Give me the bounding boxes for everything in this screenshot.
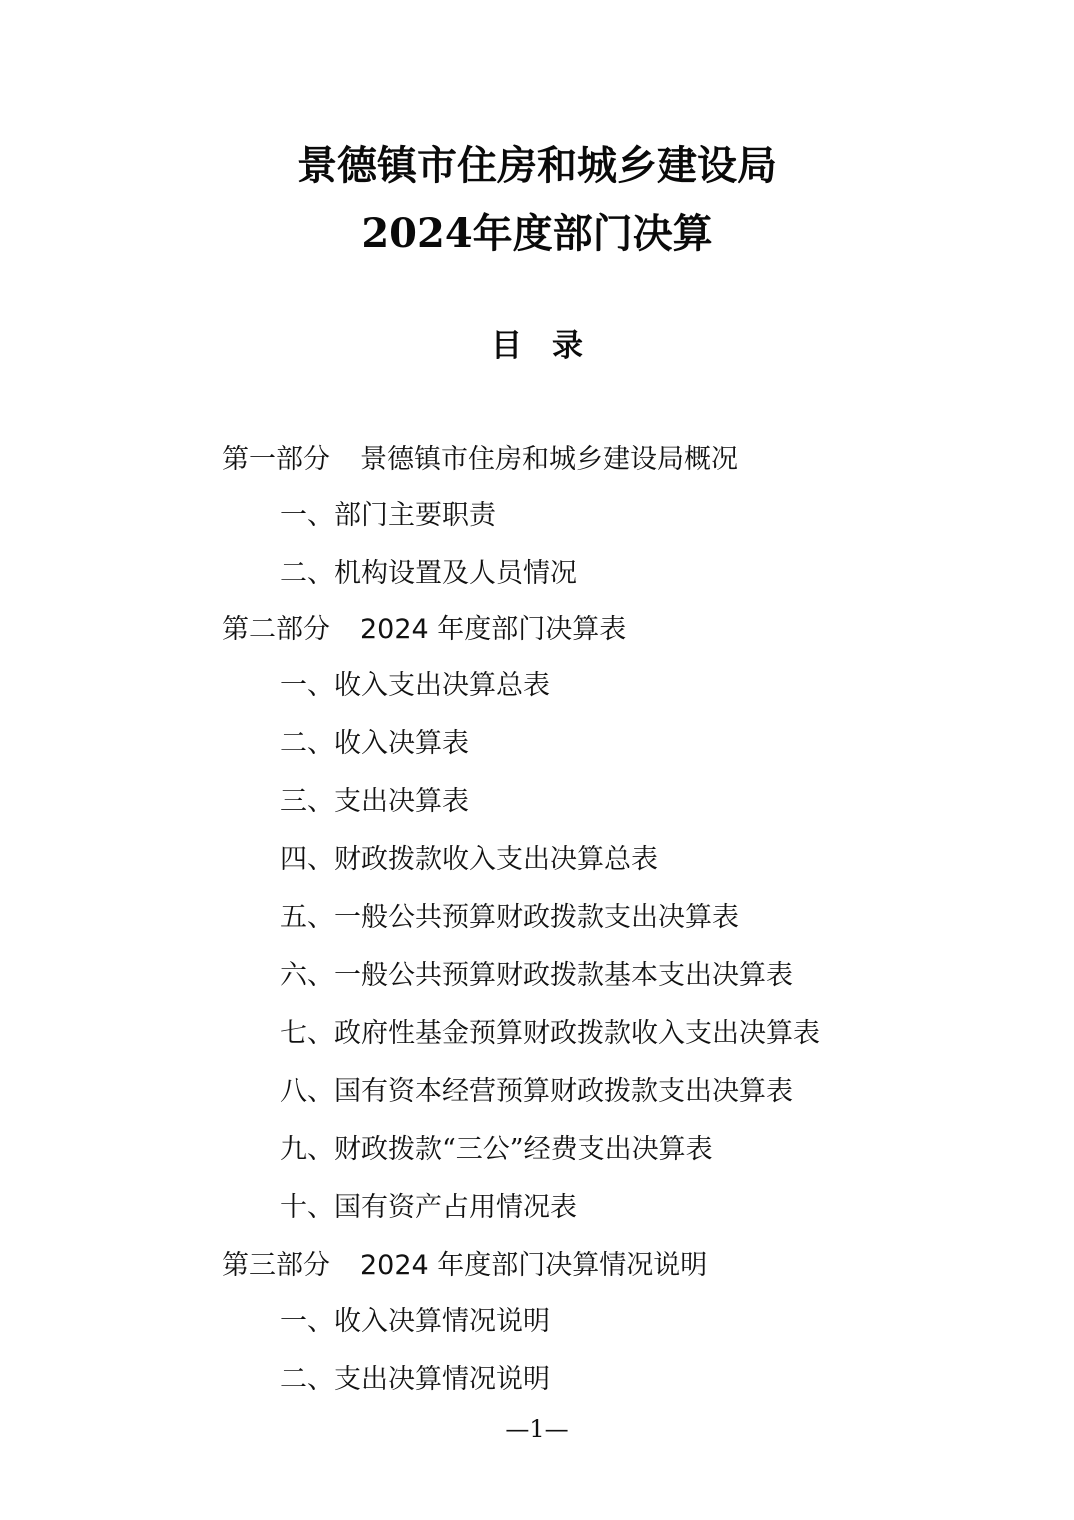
toc-item[interactable]: 三、支出决算表 — [280, 784, 469, 820]
toc-item[interactable]: 二、收入决算表 — [280, 726, 469, 762]
toc-item[interactable]: 十、国有资产占用情况表 — [280, 1190, 577, 1226]
toc-item[interactable]: 一、部门主要职责 — [280, 498, 496, 534]
page-number: —1— — [0, 1414, 1074, 1444]
toc-part-label: 第一部分 — [222, 444, 330, 475]
toc-item[interactable]: 九、财政拨款“三公”经费支出决算表 — [280, 1132, 713, 1168]
toc-part-label: 第三部分 — [222, 1250, 330, 1281]
toc-heading-char-2: 录 — [552, 326, 583, 366]
toc-part-label: 第二部分 — [222, 614, 330, 645]
toc-item[interactable]: 八、国有资本经营预算财政拨款支出决算表 — [280, 1074, 793, 1110]
toc-item[interactable]: 一、收入决算情况说明 — [280, 1304, 550, 1340]
document-title-organization: 景德镇市住房和城乡建设局 — [0, 142, 1074, 190]
toc-heading-char-1: 目 — [491, 326, 522, 366]
toc-part-3[interactable]: 第三部分2024 年度部门决算情况说明 — [222, 1248, 707, 1284]
toc-part-title: 2024 年度部门决算情况说明 — [360, 1250, 707, 1281]
toc-part-2[interactable]: 第二部分2024 年度部门决算表 — [222, 612, 626, 648]
document-page: 景德镇市住房和城乡建设局 2024年度部门决算 目录 第一部分景德镇市住房和城乡… — [0, 0, 1074, 1520]
toc-part-title: 景德镇市住房和城乡建设局概况 — [360, 444, 738, 475]
document-title-subject: 2024年度部门决算 — [0, 210, 1074, 258]
toc-item[interactable]: 二、支出决算情况说明 — [280, 1362, 550, 1398]
toc-part-1[interactable]: 第一部分景德镇市住房和城乡建设局概况 — [222, 442, 738, 478]
toc-heading: 目录 — [0, 326, 1074, 366]
toc-item[interactable]: 五、一般公共预算财政拨款支出决算表 — [280, 900, 739, 936]
toc-item[interactable]: 七、政府性基金预算财政拨款收入支出决算表 — [280, 1016, 820, 1052]
toc-item[interactable]: 四、财政拨款收入支出决算总表 — [280, 842, 658, 878]
toc-item[interactable]: 一、收入支出决算总表 — [280, 668, 550, 704]
toc-part-title: 2024 年度部门决算表 — [360, 614, 626, 645]
toc-item[interactable]: 二、机构设置及人员情况 — [280, 556, 577, 592]
toc-item[interactable]: 六、一般公共预算财政拨款基本支出决算表 — [280, 958, 793, 994]
